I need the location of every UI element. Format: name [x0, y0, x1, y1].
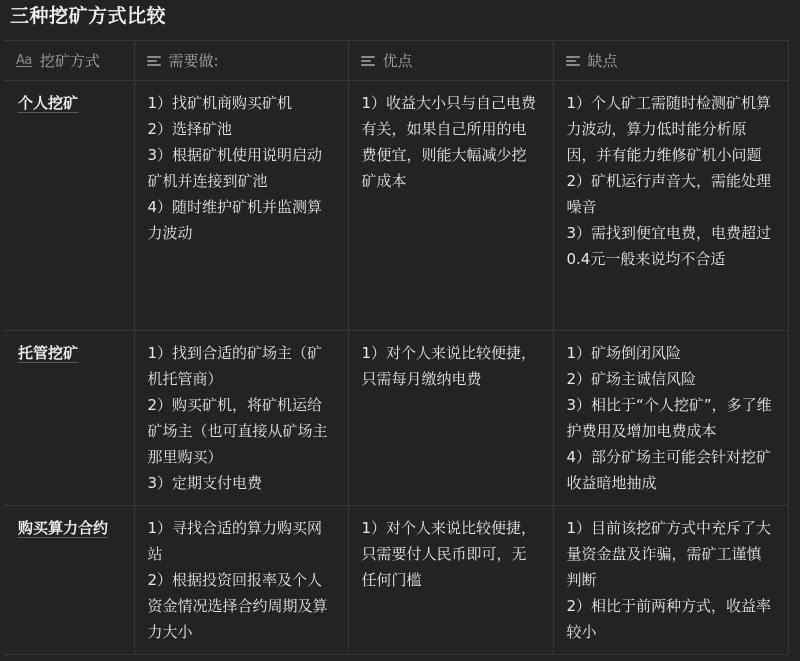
column-header-todo[interactable]: 需要做:: [134, 41, 348, 81]
header-row: Aa 挖矿方式 需要做: 优点: [4, 41, 788, 81]
notion-page: 三种挖矿方式比较 Aa 挖矿方式 需要做:: [0, 0, 800, 661]
todo-item: 2）购买矿机，将矿机运给矿场主（也可直接从矿场主那里购买）: [148, 392, 334, 470]
pros-item: 1）对个人来说比较便捷，只需每月缴纳电费: [362, 340, 539, 392]
cons-item: 1）目前该挖矿方式中充斥了大量资金盘及诈骗，需矿工谨慎判断: [567, 515, 774, 593]
column-label: 需要做:: [169, 50, 219, 71]
cons-item: 2）矿场主诚信风险: [567, 366, 774, 392]
cell-method[interactable]: 个人挖矿: [4, 81, 134, 331]
cons-item: 4）部分矿场主可能会针对挖矿收益暗地抽成: [567, 444, 774, 496]
cell-todo[interactable]: 1）找矿机商购买矿机 2）选择矿池 3）根据矿机使用说明启动矿机并连接到矿池 4…: [134, 81, 348, 331]
page-title: 三种挖矿方式比较: [10, 2, 166, 30]
text-property-icon: [147, 55, 161, 67]
todo-item: 1）找到合适的矿场主（矿机托管商）: [148, 340, 334, 392]
cell-pros[interactable]: 1）对个人来说比较便捷，只需要付人民币即可，无任何门槛: [348, 506, 553, 655]
title-property-icon: Aa: [16, 53, 32, 68]
todo-item: 2）选择矿池: [148, 116, 334, 142]
cons-item: 1）个人矿工需随时检测矿机算力波动，算力低时能分析原因，并有能力维修矿机小问题: [567, 90, 774, 168]
table-row: 购买算力合约 1）寻找合适的算力购买网站 2）根据投资回报率及个人资金情况选择合…: [4, 506, 788, 655]
todo-item: 3）根据矿机使用说明启动矿机并连接到矿池: [148, 142, 334, 194]
text-property-icon: [361, 55, 375, 67]
cons-item: 3）需找到便宜电费，电费超过0.4元一般来说均不合适: [567, 220, 774, 272]
cons-item: 2）相比于前两种方式，收益率较小: [567, 593, 774, 645]
todo-item: 3）定期支付电费: [148, 470, 334, 496]
column-header-cons[interactable]: 缺点: [553, 41, 788, 81]
column-label: 挖矿方式: [40, 50, 100, 71]
cell-todo[interactable]: 1）寻找合适的算力购买网站 2）根据投资回报率及个人资金情况选择合约周期及算力大…: [134, 506, 348, 655]
cons-item: 1）矿场倒闭风险: [567, 340, 774, 366]
comparison-table: Aa 挖矿方式 需要做: 优点: [4, 40, 789, 655]
add-row-handle[interactable]: [22, 650, 25, 658]
column-label: 优点: [383, 50, 413, 71]
pros-item: 1）对个人来说比较便捷，只需要付人民币即可，无任何门槛: [362, 515, 539, 593]
cell-todo[interactable]: 1）找到合适的矿场主（矿机托管商） 2）购买矿机，将矿机运给矿场主（也可直接从矿…: [134, 331, 348, 506]
row-title[interactable]: 托管挖矿: [18, 344, 78, 363]
table-row: 托管挖矿 1）找到合适的矿场主（矿机托管商） 2）购买矿机，将矿机运给矿场主（也…: [4, 331, 788, 506]
column-label: 缺点: [588, 50, 618, 71]
text-property-icon: [566, 55, 580, 67]
todo-item: 1）找矿机商购买矿机: [148, 90, 334, 116]
cons-item: 3）相比于“个人挖矿”，多了维护费用及增加电费成本: [567, 392, 774, 444]
cell-method[interactable]: 购买算力合约: [4, 506, 134, 655]
row-title[interactable]: 个人挖矿: [18, 94, 78, 113]
cell-cons[interactable]: 1）矿场倒闭风险 2）矿场主诚信风险 3）相比于“个人挖矿”，多了维护费用及增加…: [553, 331, 788, 506]
column-header-pros[interactable]: 优点: [348, 41, 553, 81]
cell-method[interactable]: 托管挖矿: [4, 331, 134, 506]
table-row: 个人挖矿 1）找矿机商购买矿机 2）选择矿池 3）根据矿机使用说明启动矿机并连接…: [4, 81, 788, 331]
pros-item: 1）收益大小只与自己电费有关，如果自己所用的电费便宜，则能大幅减少挖矿成本: [362, 90, 539, 194]
row-title[interactable]: 购买算力合约: [18, 519, 108, 538]
column-header-method[interactable]: Aa 挖矿方式: [4, 41, 134, 81]
cell-cons[interactable]: 1）个人矿工需随时检测矿机算力波动，算力低时能分析原因，并有能力维修矿机小问题 …: [553, 81, 788, 331]
todo-item: 1）寻找合适的算力购买网站: [148, 515, 334, 567]
cell-cons[interactable]: 1）目前该挖矿方式中充斥了大量资金盘及诈骗，需矿工谨慎判断 2）相比于前两种方式…: [553, 506, 788, 655]
cell-pros[interactable]: 1）收益大小只与自己电费有关，如果自己所用的电费便宜，则能大幅减少挖矿成本: [348, 81, 553, 331]
cell-pros[interactable]: 1）对个人来说比较便捷，只需每月缴纳电费: [348, 331, 553, 506]
cons-item: 2）矿机运行声音大，需能处理噪音: [567, 168, 774, 220]
todo-item: 4）随时维护矿机并监测算力波动: [148, 194, 334, 246]
todo-item: 2）根据投资回报率及个人资金情况选择合约周期及算力大小: [148, 567, 334, 645]
